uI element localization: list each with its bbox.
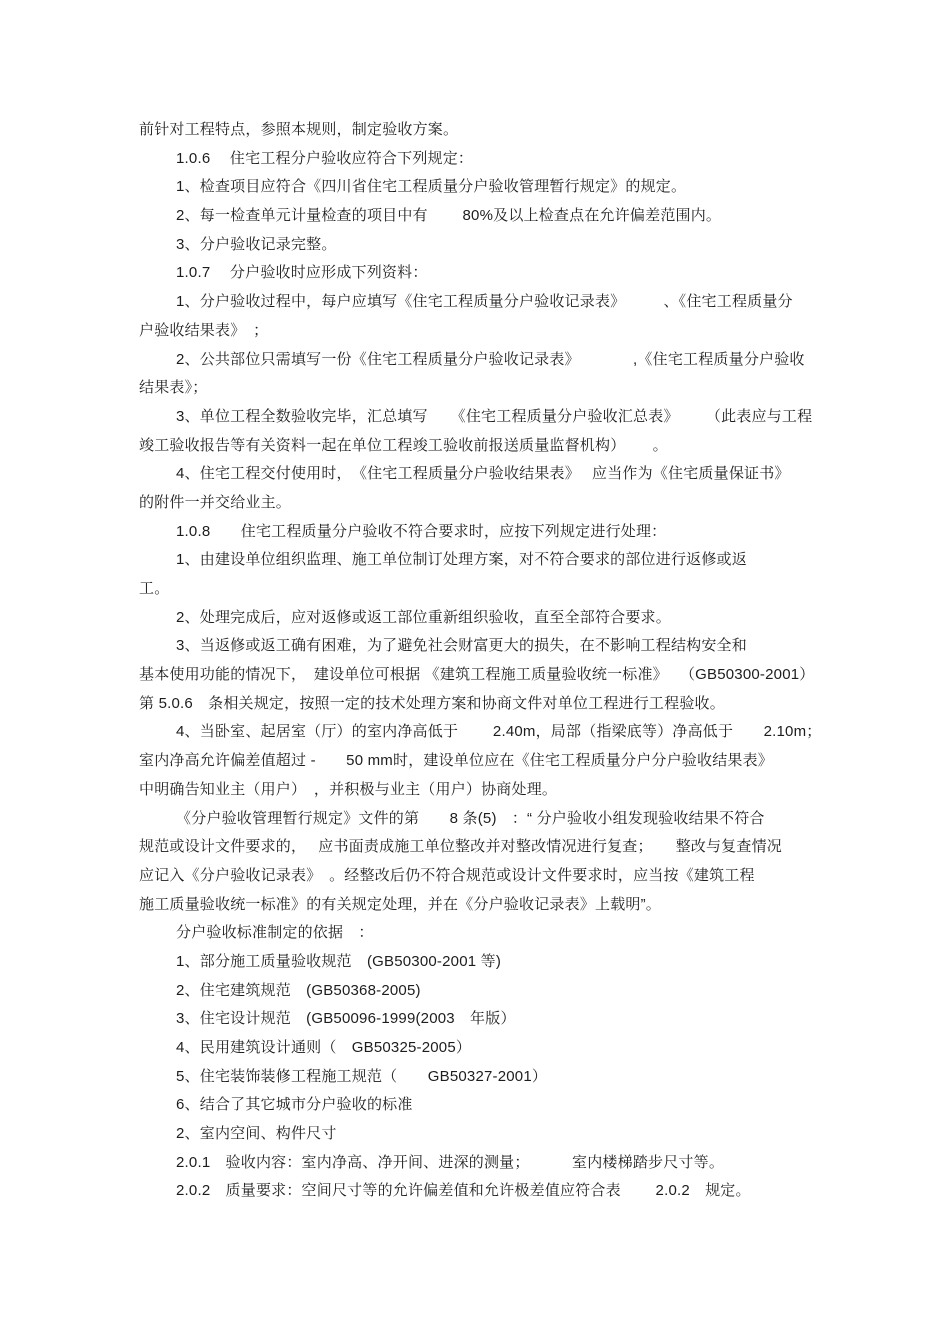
text-line: 1、由建设单位组织监理、施工单位制订处理方案，对不符合要求的部位进行返修或返 xyxy=(139,546,822,575)
text-line: 竣工验收报告等有关资料一起在单位工程竣工验收前报送质量监督机构） 。 xyxy=(139,432,822,461)
text-block: 前针对工程特点，参照本规则，制定验收方案。1.0.6 住宅工程分户验收应符合下列… xyxy=(139,116,822,1206)
text-line: 前针对工程特点，参照本规则，制定验收方案。 xyxy=(139,116,822,145)
text-line: 3、单位工程全数验收完毕，汇总填写 《住宅工程质量分户验收汇总表》 （此表应与工… xyxy=(139,403,822,432)
text-line: 工。 xyxy=(139,575,822,604)
text-line: 2.0.2 质量要求：空间尺寸等的允许偏差值和允许极差值应符合表 2.0.2 规… xyxy=(139,1177,822,1206)
text-line: 1.0.7 分户验收时应形成下列资料： xyxy=(139,259,822,288)
text-line: 室内净高允许偏差值超过 - 50 mm时，建设单位应在《住宅工程质量分户分户验收… xyxy=(139,747,822,776)
text-line: 2.0.1 验收内容：室内净高、净开间、进深的测量； 室内楼梯踏步尺寸等。 xyxy=(139,1149,822,1178)
text-line: 2、公共部位只需填写一份《住宅工程质量分户验收记录表》 ,《住宅工程质量分户验收 xyxy=(139,346,822,375)
text-line: 施工质量验收统一标准》的有关规定处理，并在《分户验收记录表》上载明”。 xyxy=(139,891,822,920)
text-line: 规范或设计文件要求的， 应书面责成施工单位整改并对整改情况进行复查； 整改与复查… xyxy=(139,833,822,862)
text-line: 结果表》； xyxy=(139,374,822,403)
text-line: 2、室内空间、构件尺寸 xyxy=(139,1120,822,1149)
text-line: 1、检查项目应符合《四川省住宅工程质量分户验收管理暂行规定》的规定。 xyxy=(139,173,822,202)
text-line: 分户验收标准制定的依据 ： xyxy=(139,919,822,948)
text-line: 3、住宅设计规范 (GB50096-1999(2003 年版） xyxy=(139,1005,822,1034)
text-line: 2、每一检查单元计量检查的项目中有 80%及以上检查点在允许偏差范围内。 xyxy=(139,202,822,231)
text-line: 1.0.8 住宅工程质量分户验收不符合要求时，应按下列规定进行处理： xyxy=(139,518,822,547)
text-line: 中明确告知业主（用户） ，并积极与业主（用户）协商处理。 xyxy=(139,776,822,805)
text-line: 3、当返修或返工确有困难，为了避免社会财富更大的损失，在不影响工程结构安全和 xyxy=(139,632,822,661)
text-line: 1、部分施工质量验收规范 (GB50300-2001 等) xyxy=(139,948,822,977)
text-line: 户验收结果表》 ； xyxy=(139,317,822,346)
text-line: 3、分户验收记录完整。 xyxy=(139,231,822,260)
text-line: 4、住宅工程交付使用时， 《住宅工程质量分户验收结果表》 应当作为《住宅质量保证… xyxy=(139,460,822,489)
text-line: 6、结合了其它城市分户验收的标准 xyxy=(139,1091,822,1120)
text-line: 基本使用功能的情况下， 建设单位可根据 《建筑工程施工质量验收统一标准》 （GB… xyxy=(139,661,822,690)
text-line: 4、民用建筑设计通则（ GB50325-2005） xyxy=(139,1034,822,1063)
text-line: 1.0.6 住宅工程分户验收应符合下列规定： xyxy=(139,145,822,174)
text-line: 2、处理完成后，应对返修或返工部位重新组织验收，直至全部符合要求。 xyxy=(139,604,822,633)
text-line: 《分户验收管理暂行规定》文件的第 8 条(5) ：“ 分户验收小组发现验收结果不… xyxy=(139,805,822,834)
text-line: 5、住宅装饰装修工程施工规范（ GB50327-2001） xyxy=(139,1063,822,1092)
text-line: 2、住宅建筑规范 (GB50368-2005) xyxy=(139,977,822,1006)
text-line: 应记入《分户验收记录表》 。经整改后仍不符合规范或设计文件要求时，应当按《建筑工… xyxy=(139,862,822,891)
text-line: 4、当卧室、起居室（厅）的室内净高低于 2.40m，局部（指梁底等）净高低于 2… xyxy=(139,718,822,747)
text-line: 的附件一并交给业主。 xyxy=(139,489,822,518)
text-line: 第 5.0.6 条相关规定，按照一定的技术处理方案和协商文件对单位工程进行工程验… xyxy=(139,690,822,719)
text-line: 1、分户验收过程中，每户应填写《住宅工程质量分户验收记录表》 、《住宅工程质量分 xyxy=(139,288,822,317)
document-page: 前针对工程特点，参照本规则，制定验收方案。1.0.6 住宅工程分户验收应符合下列… xyxy=(0,0,950,1344)
